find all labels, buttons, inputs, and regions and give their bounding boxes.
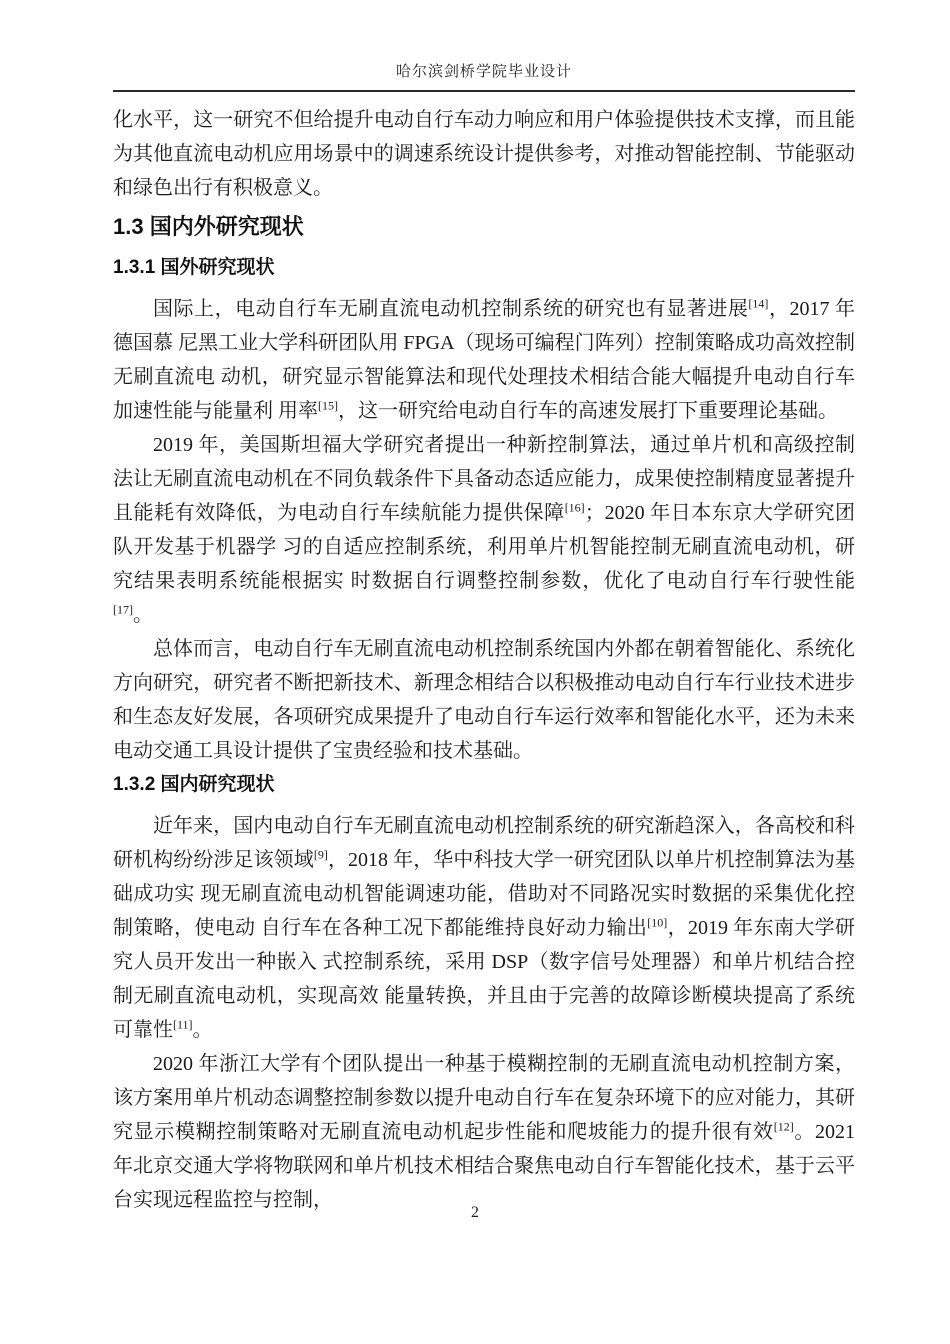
citation-ref: [14]: [748, 296, 768, 310]
header-title: 哈尔滨剑桥学院毕业设计: [113, 60, 855, 81]
citation-ref: [17]: [113, 602, 133, 616]
subsection-heading-1-3-1: 1.3.1 国外研究现状: [113, 256, 855, 280]
paragraph-foreign-research-1: 国际上，电动自行车无刷直流电动机控制系统的研究也有显著进展[14]，2017 年…: [113, 292, 855, 428]
citation-ref: [9]: [314, 847, 328, 861]
paragraph-continuation: 化水平，这一研究不但给提升电动自行车动力响应和用户体验提供技术支撑，而且能为其他…: [113, 103, 855, 205]
citation-ref: [15]: [318, 398, 338, 412]
section-heading-1-3: 1.3 国内外研究现状: [113, 213, 855, 241]
paragraph-foreign-research-summary: 总体而言，电动自行车无刷直流电动机控制系统国内外都在朝着智能化、系统化方向研究，…: [113, 632, 855, 768]
paragraph-domestic-research-2: 2020 年浙江大学有个团队提出一种基于模糊控制的无刷直流电动机控制方案，该方案…: [113, 1047, 855, 1217]
subsection-heading-1-3-2: 1.3.2 国内研究现状: [113, 773, 855, 797]
citation-ref: [11]: [173, 1017, 193, 1031]
paragraph-domestic-research-1: 近年来，国内电动自行车无刷直流电动机控制系统的研究渐趋深入，各高校和科研机构纷纷…: [113, 809, 855, 1047]
page-body: 化水平，这一研究不但给提升电动自行车动力响应和用户体验提供技术支撑，而且能为其他…: [113, 92, 855, 1217]
thesis-page: 哈尔滨剑桥学院毕业设计 化水平，这一研究不但给提升电动自行车动力响应和用户体验提…: [0, 0, 950, 1344]
page-header: 哈尔滨剑桥学院毕业设计: [113, 60, 855, 92]
citation-ref: [16]: [565, 500, 585, 514]
page-footer: 2: [0, 1204, 950, 1222]
page-number: 2: [471, 1204, 479, 1221]
paragraph-foreign-research-2: 2019 年，美国斯坦福大学研究者提出一种新控制算法，通过单片机和高级控制法让无…: [113, 428, 855, 632]
citation-ref: [10]: [647, 915, 667, 929]
citation-ref: [12]: [774, 1119, 794, 1133]
